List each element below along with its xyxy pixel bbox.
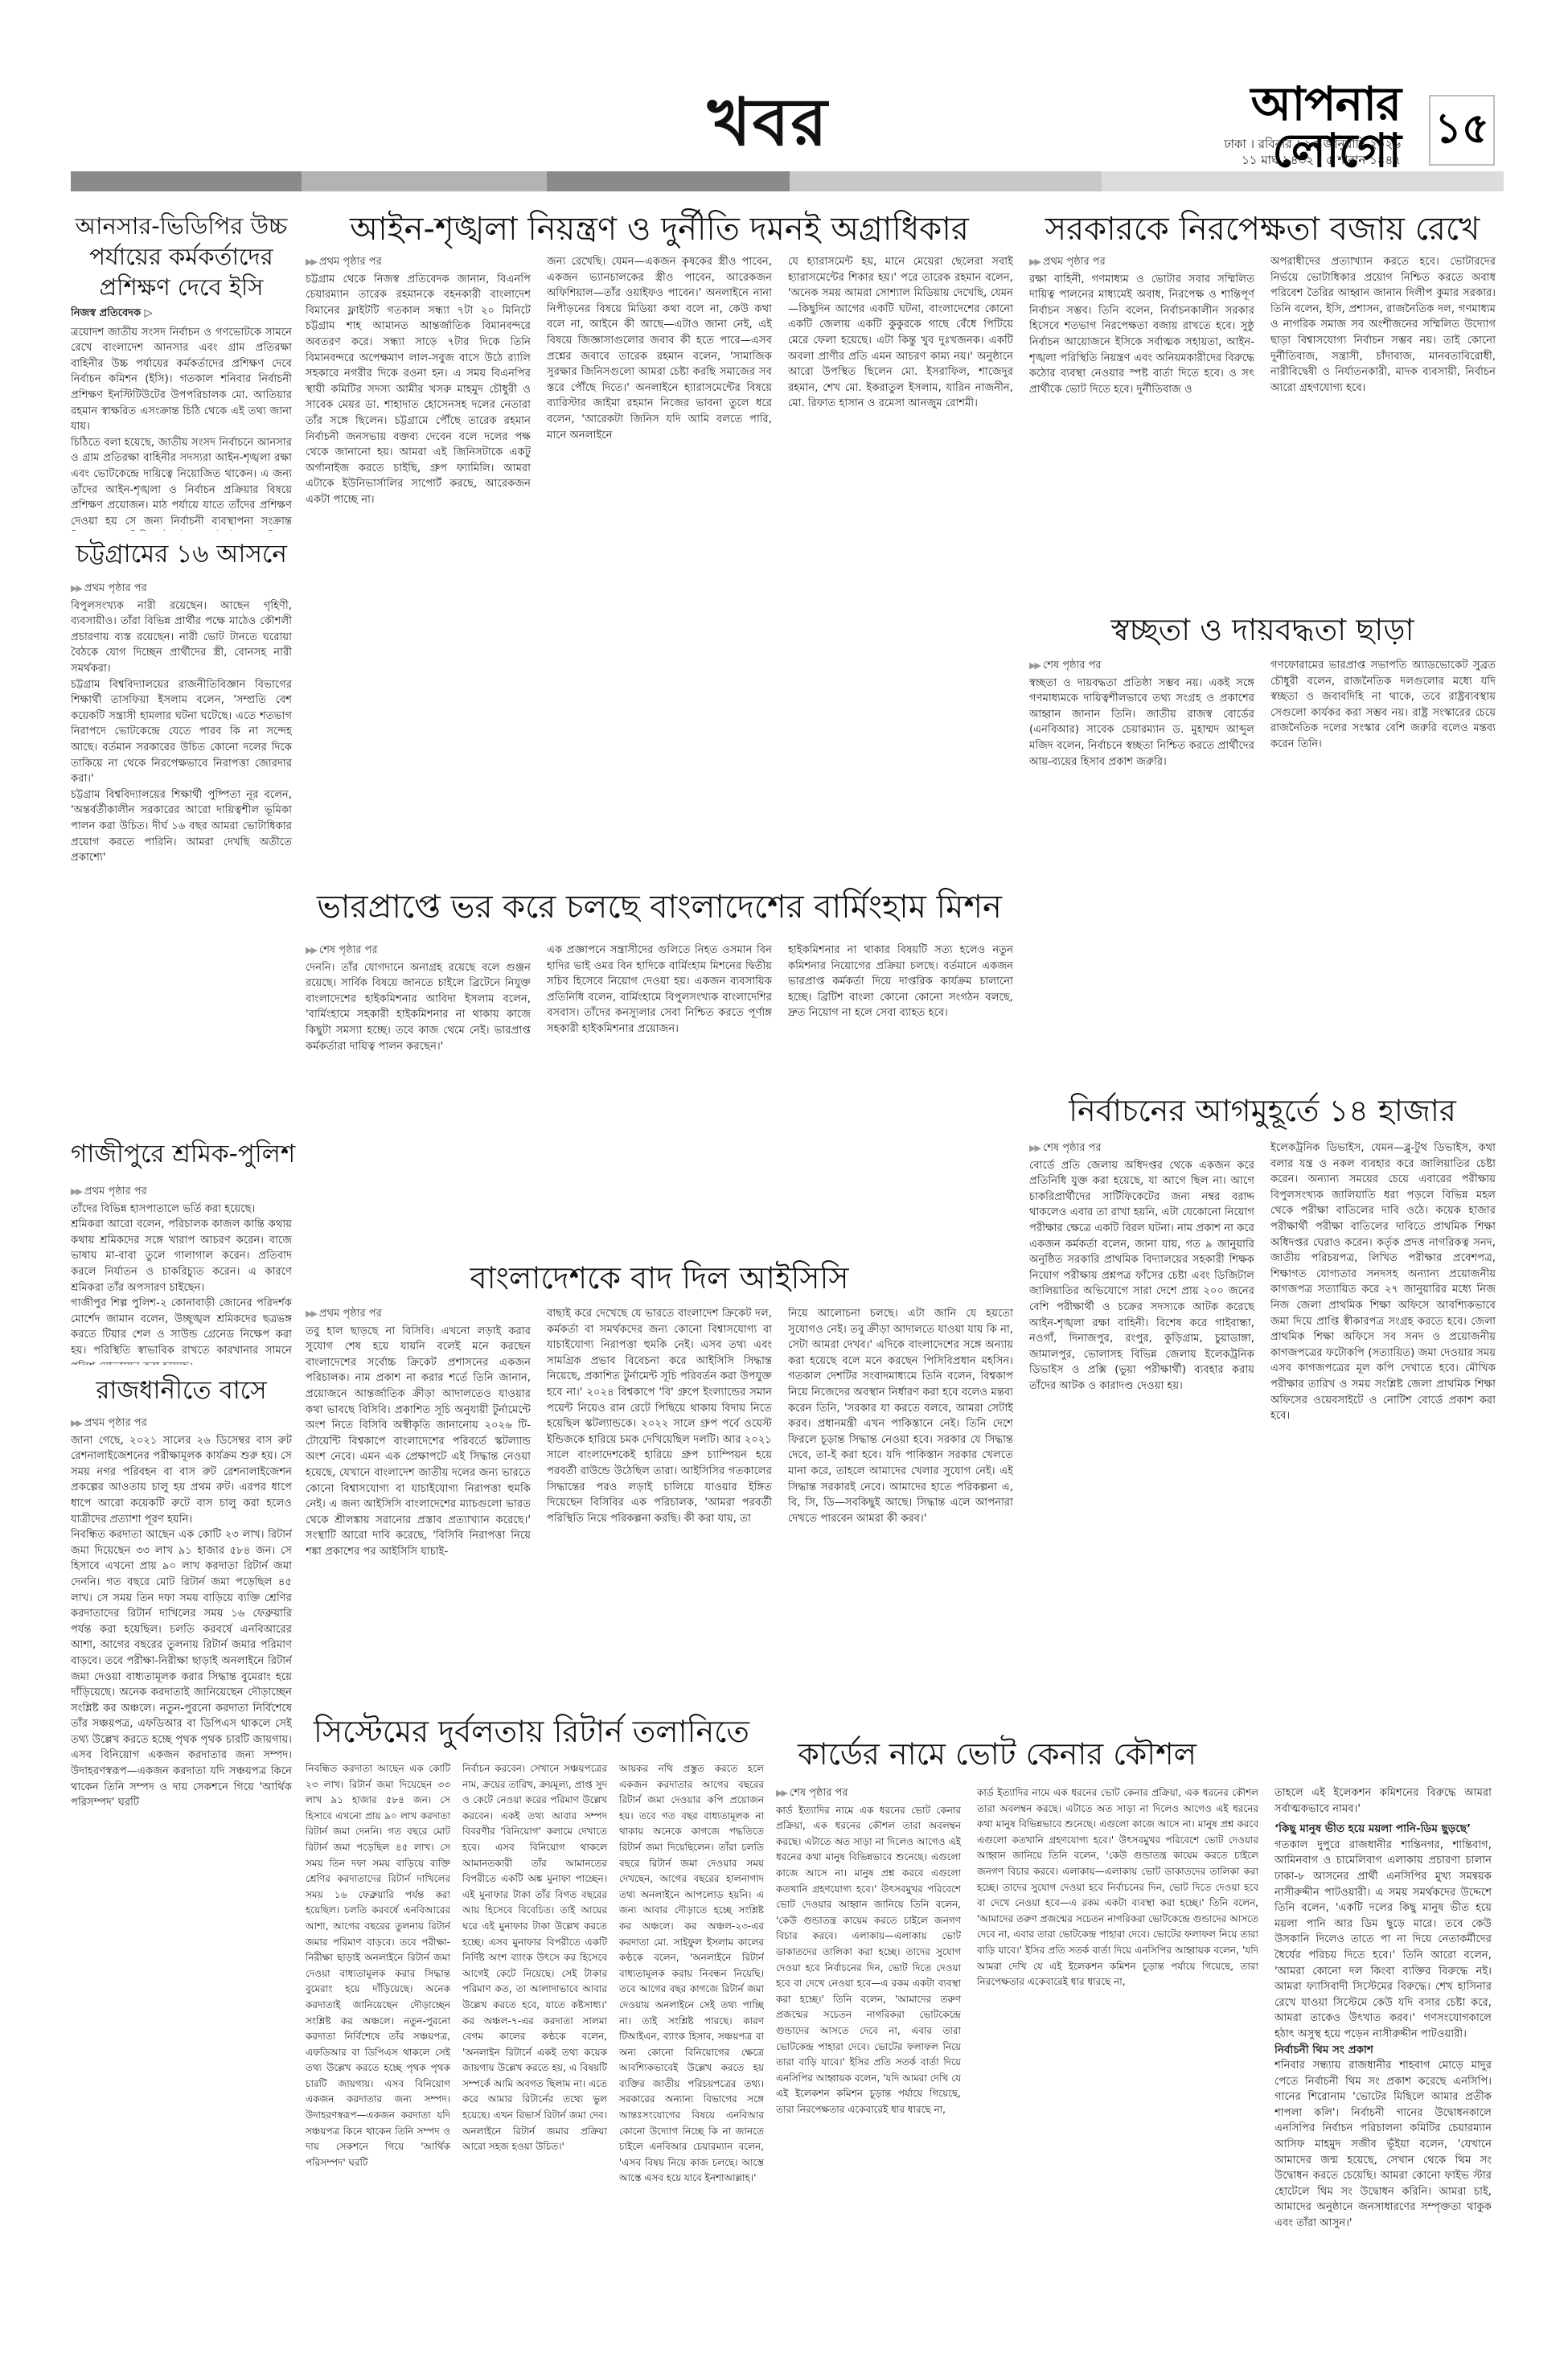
double-arrow-icon: ▶▶ bbox=[306, 1308, 316, 1319]
headline-card-vote[interactable]: কার্ডের নামে ভোট কেনার কৌশল bbox=[772, 1737, 1222, 1772]
subheading: নির্বাচনী থিম সং প্রকাশ bbox=[1275, 2043, 1492, 2059]
paragraph: দেননি। তাঁর যোগদানে অনাগ্রহ রয়েছে বলে গ… bbox=[306, 960, 531, 1055]
paragraph: জানা গেছে, ২০২১ সালের ২৬ ডিসেম্বর বাস রু… bbox=[71, 1433, 292, 1528]
header-band-3 bbox=[547, 171, 790, 191]
double-arrow-icon: ▶▶ bbox=[71, 583, 81, 593]
headline-tax-return[interactable]: সিস্টেমের দুর্বলতায় রিটার্ন তলানিতে bbox=[306, 1715, 772, 1750]
double-arrow-icon: ▶▶ bbox=[1029, 1143, 1040, 1153]
article-birmingham-col-1: ▶▶শেষ পৃষ্ঠার পর দেননি। তাঁর যোগদানে অনা… bbox=[306, 943, 531, 1232]
headline-fourteen-thousand[interactable]: নির্বাচনের আগমুহূর্তে ১৪ হাজার bbox=[1029, 1094, 1496, 1129]
article-chattogram-body: ▶▶প্রথম পৃষ্ঠার পর বিপুলসংখ্যক নারী রয়ে… bbox=[71, 581, 292, 1111]
headline-gazipur[interactable]: গাজীপুরে শ্রমিক-পুলিশ bbox=[71, 1140, 292, 1169]
section-logo: খবর bbox=[708, 90, 829, 156]
paragraph: চিঠিতে বলা হয়েছে, জাতীয় সংসদ নির্বাচনে… bbox=[71, 435, 292, 531]
continued-from-label: ▶▶শেষ পৃষ্ঠার পর bbox=[776, 1785, 961, 1801]
double-arrow-icon: ▶▶ bbox=[306, 257, 316, 267]
headline-birmingham[interactable]: ভারপ্রাপ্তে ভর করে চলছে বাংলাদেশের বার্ম… bbox=[306, 889, 1013, 926]
headline-neutrality[interactable]: সরকারকে নিরপেক্ষতা বজায় রেখে bbox=[1029, 211, 1496, 248]
headline-transparency[interactable]: স্বচ্ছতা ও দায়বদ্ধতা ছাড়া bbox=[1029, 613, 1496, 648]
paragraph: ইলেকট্রনিক ডিভাইস, যেমন—ব্লু-টুথ ডিভাইস,… bbox=[1270, 1140, 1496, 1424]
article-icc-col-3: নিয়ে আলোচনা চলছে। এটা জানি যে হয়তো সুয… bbox=[788, 1306, 1013, 1708]
article-return-col-1: নিবন্ধিত করদাতা আছেন এক কোটি ২৩ লাখ। রিট… bbox=[306, 1761, 450, 2292]
continued-from-label: ▶▶প্রথম পৃষ্ঠার পর bbox=[306, 254, 531, 270]
article-law-order-col-1: ▶▶প্রথম পৃষ্ঠার পর চট্টগ্রাম থেকে নিজস্ব… bbox=[306, 254, 531, 809]
paragraph: রক্ষা বাহিনী, গণমাধ্যম ও ভোটার সবার সম্ম… bbox=[1029, 272, 1254, 398]
article-icc-col-2: বাছাই করে দেখেছে যে ভারতে বাংলাদেশ ক্রিক… bbox=[547, 1306, 772, 1708]
article-gazipur-body: ▶▶প্রথম পৃষ্ঠার পর তাঁদের বিভিন্ন হাসপাত… bbox=[71, 1184, 292, 1365]
article-bus-body: ▶▶প্রথম পৃষ্ঠার পর জানা গেছে, ২০২১ সালের… bbox=[71, 1415, 292, 2292]
paragraph: গাজীপুর শিল্প পুলিশ-২ কোনাবাড়ী জোনের পর… bbox=[71, 1296, 292, 1365]
paragraph: শনিবার সন্ধ্যায় রাজধানীর শাহবাগ মোড়ে ম… bbox=[1275, 2058, 1492, 2232]
article-birmingham-col-2: এক প্রজ্ঞাপনে সন্ত্রাসীদের গুলিতে নিহত ও… bbox=[547, 943, 772, 1232]
article-ansar-body: নিজস্ব প্রতিবেদক ▷ ত্রয়োদশ জাতীয় সংসদ … bbox=[71, 306, 292, 531]
continued-from-label: ▶▶শেষ পৃষ্ঠার পর bbox=[1029, 658, 1254, 674]
paragraph: জন্য রেখেছি। যেমন—একজন কৃষকের স্ত্রীও পা… bbox=[547, 254, 772, 443]
article-law-order-col-3: যে হ্যারাসমেন্ট হয়, মানে মেয়েরা ছেলেরা… bbox=[788, 254, 1013, 809]
paragraph: নিবন্ধিত করদাতা আছেন এক কোটি ২৩ লাখ। রিট… bbox=[71, 1527, 292, 1811]
article-icc-col-1: ▶▶প্রথম পৃষ্ঠার পর তবু হাল ছাড়ছে না বিস… bbox=[306, 1306, 531, 1708]
article-card-vote-col-mid: কার্ড ইত্যাদির নামে এক ধরনের ভোট কেনার প… bbox=[977, 1785, 1258, 2300]
paragraph: বাছাই করে দেখেছে যে ভারতে বাংলাদেশ ক্রিক… bbox=[547, 1306, 772, 1526]
article-law-order-col-2: জন্য রেখেছি। যেমন—একজন কৃষকের স্ত্রীও পা… bbox=[547, 254, 772, 809]
paragraph: তবু হাল ছাড়ছে না বিসিবি। এখনো লড়াই করা… bbox=[306, 1324, 531, 1560]
paragraph: গতকাল দুপুরে রাজধানীর শান্তিনগর, শান্তিব… bbox=[1275, 1838, 1492, 2043]
headline-law-order[interactable]: আইন-শৃঙ্খলা নিয়ন্ত্রণ ও দুর্নীতি দমনই অ… bbox=[306, 211, 1013, 248]
paragraph: আয়কর নথি প্রস্তুত করতে হলে একজন করদাতার… bbox=[619, 1761, 764, 2187]
article-card-vote-col-1: ▶▶শেষ পৃষ্ঠার পর কার্ড ইত্যাদির নামে এক … bbox=[776, 1785, 961, 2300]
paragraph: ত্রয়োদশ জাতীয় সংসদ নির্বাচন ও গণভোটকে … bbox=[71, 325, 292, 435]
dateline-bangla-hijri: ১১ মাঘ ১৪৩২ । ৫ শাবান ১৪৪৭ bbox=[1110, 151, 1401, 171]
double-arrow-icon: ▶▶ bbox=[71, 1418, 81, 1428]
article-birmingham-col-3: হাইকমিশনার না থাকার বিষয়টি সত্য হলেও নত… bbox=[788, 943, 1013, 1232]
paragraph: শ্রমিকরা আরো বলেন, পরিচালক কাজল কান্তি ক… bbox=[71, 1217, 292, 1296]
paragraph: কার্ড ইত্যাদির নামে এক ধরনের ভোট কেনার প… bbox=[977, 1785, 1258, 1990]
header-band-4 bbox=[790, 171, 1102, 191]
article-fourteen-col-2: ইলেকট্রনিক ডিভাইস, যেমন—ব্লু-টুথ ডিভাইস,… bbox=[1270, 1140, 1496, 1703]
paragraph: যে হ্যারাসমেন্ট হয়, মানে মেয়েরা ছেলেরা… bbox=[788, 254, 1013, 412]
article-transparency-col-1: ▶▶শেষ পৃষ্ঠার পর স্বচ্ছতা ও দায়বদ্ধতা প… bbox=[1029, 658, 1254, 1068]
continued-from-label: ▶▶প্রথম পৃষ্ঠার পর bbox=[71, 581, 292, 597]
article-return-col-3: আয়কর নথি প্রস্তুত করতে হলে একজন করদাতার… bbox=[619, 1761, 764, 2292]
paragraph: অপরাধীদের প্রত্যাখ্যান করতে হবে। ভোটারদে… bbox=[1270, 254, 1496, 396]
paragraph: তাঁদের বিভিন্ন হাসপাতালে ভর্তি করা হয়েছ… bbox=[71, 1201, 292, 1218]
continued-from-label: ▶▶প্রথম পৃষ্ঠার পর bbox=[1029, 254, 1254, 270]
page-number: ১৫ bbox=[1429, 95, 1495, 166]
paragraph: নিবন্ধিত করদাতা আছেন এক কোটি ২৩ লাখ। রিট… bbox=[306, 1761, 450, 2171]
paragraph: নির্বাচন করবেন। সেখানে সঞ্চয়পত্রের নাম,… bbox=[462, 1761, 607, 2155]
paragraph: চট্টগ্রাম বিশ্ববিদ্যালয়ের রাজনীতিবিজ্ঞা… bbox=[71, 677, 292, 787]
double-arrow-icon: ▶▶ bbox=[776, 1788, 786, 1798]
article-return-col-2: নির্বাচন করবেন। সেখানে সঞ্চয়পত্রের নাম,… bbox=[462, 1761, 607, 2292]
subheading: ‘কিছু মানুষ ভীত হয়ে ময়লা পানি-ডিম ছুড়… bbox=[1275, 1822, 1492, 1838]
article-transparency-col-2: গণফোরামের ভারপ্রাপ্ত সভাপতি অ্যাডভোকেট স… bbox=[1270, 658, 1496, 1068]
double-arrow-icon: ▶▶ bbox=[71, 1186, 81, 1197]
paragraph: স্বচ্ছতা ও দায়বদ্ধতা প্রতিষ্ঠা সম্ভব নয… bbox=[1029, 676, 1254, 770]
paragraph: চট্টগ্রাম বিশ্ববিদ্যালয়ের শিক্ষার্থী পু… bbox=[71, 787, 292, 866]
double-arrow-icon: ▶▶ bbox=[1029, 257, 1040, 267]
double-arrow-icon: ▶▶ bbox=[1029, 660, 1040, 671]
article-fourteen-col-1: ▶▶শেষ পৃষ্ঠার পর বোর্ডে প্রতি জেলায় অধি… bbox=[1029, 1140, 1254, 1703]
headline-ansar[interactable]: আনসার-ভিডিপির উচ্চ পর্যায়ের কর্মকর্তাদে… bbox=[71, 211, 292, 302]
continued-from-label: ▶▶শেষ পৃষ্ঠার পর bbox=[306, 943, 531, 959]
headline-icc[interactable]: বাংলাদেশকে বাদ দিল আইসিসি bbox=[306, 1261, 1013, 1296]
byline: নিজস্ব প্রতিবেদক ▷ bbox=[71, 306, 292, 322]
continued-from-label: ▶▶শেষ পৃষ্ঠার পর bbox=[1029, 1140, 1254, 1156]
header-band-2 bbox=[302, 171, 547, 191]
double-arrow-icon: ▶▶ bbox=[306, 945, 316, 955]
paragraph: বিপুলসংখ্যক নারী রয়েছেন। আছেন গৃহিণী, ব… bbox=[71, 598, 292, 677]
continued-from-label: ▶▶প্রথম পৃষ্ঠার পর bbox=[306, 1306, 531, 1322]
headline-chattogram[interactable]: চট্টগ্রামের ১৬ আসনে bbox=[71, 540, 292, 569]
continued-from-label: ▶▶প্রথম পৃষ্ঠার পর bbox=[71, 1184, 292, 1200]
paragraph: তাহলে এই ইলেকশন কমিশনের বিরুদ্ধে আমরা সর… bbox=[1275, 1785, 1492, 1817]
paragraph: এক প্রজ্ঞাপনে সন্ত্রাসীদের গুলিতে নিহত ও… bbox=[547, 943, 772, 1037]
article-card-vote-col-2: তাহলে এই ইলেকশন কমিশনের বিরুদ্ধে আমরা সর… bbox=[1275, 1785, 1492, 2300]
paragraph: নিয়ে আলোচনা চলছে। এটা জানি যে হয়তো সুয… bbox=[788, 1306, 1013, 1526]
headline-bus[interactable]: রাজধানীতে বাসে bbox=[71, 1377, 292, 1406]
header-band-5 bbox=[1102, 171, 1504, 191]
article-neutrality-col-1: ▶▶প্রথম পৃষ্ঠার পর রক্ষা বাহিনী, গণমাধ্য… bbox=[1029, 254, 1254, 608]
paragraph: গণফোরামের ভারপ্রাপ্ত সভাপতি অ্যাডভোকেট স… bbox=[1270, 658, 1496, 753]
paragraph: কার্ড ইত্যাদির নামে এক ধরনের ভোট কেনার প… bbox=[776, 1803, 961, 2118]
continued-from-label: ▶▶প্রথম পৃষ্ঠার পর bbox=[71, 1415, 292, 1431]
paragraph: বোর্ডে প্রতি জেলায় অধিদপ্তর থেকে একজন ক… bbox=[1029, 1158, 1254, 1394]
paragraph: হাইকমিশনার না থাকার বিষয়টি সত্য হলেও নত… bbox=[788, 943, 1013, 1021]
paragraph: চট্টগ্রাম থেকে নিজস্ব প্রতিবেদক জানান, ব… bbox=[306, 272, 531, 508]
header-band-1 bbox=[71, 171, 302, 191]
article-neutrality-col-2: অপরাধীদের প্রত্যাখ্যান করতে হবে। ভোটারদে… bbox=[1270, 254, 1496, 608]
